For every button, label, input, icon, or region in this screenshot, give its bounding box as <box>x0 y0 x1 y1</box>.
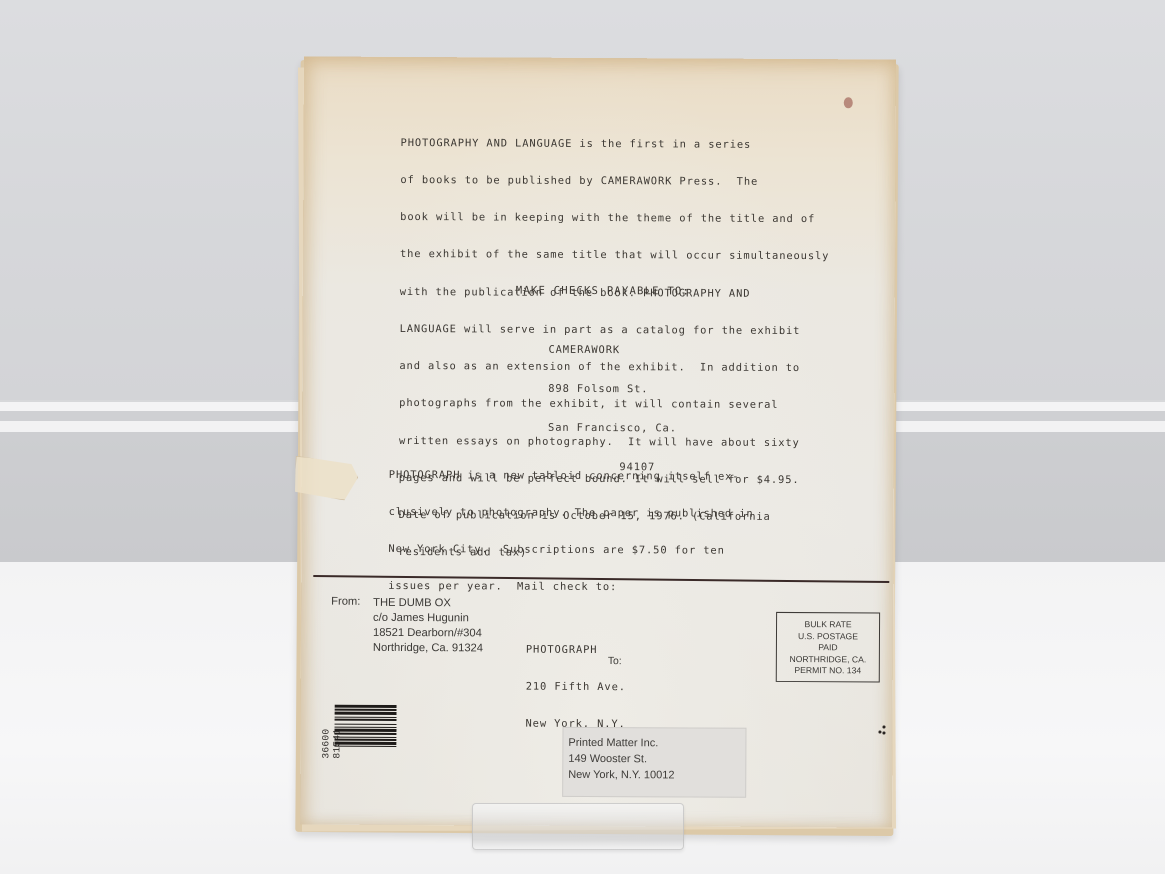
text-line: clusively to photography. The paper is p… <box>389 506 754 520</box>
text-line: PHOTOGRAPH is a new tabloid concerning i… <box>389 469 754 483</box>
text-line: New York City. Subscriptions are $7.50 f… <box>388 543 753 557</box>
postage-indicia: BULK RATE U.S. POSTAGE PAID NORTHRIDGE, … <box>776 612 880 683</box>
barcode-icon <box>334 705 396 757</box>
indicia-line: PAID <box>777 642 879 654</box>
dot-marks <box>878 725 886 735</box>
make-checks-heading: MAKE CHECKS PAYABLE TO: <box>516 285 690 298</box>
address-line: PHOTOGRAPH <box>526 643 753 657</box>
text-line: of books to be published by CAMERAWORK P… <box>400 174 829 189</box>
to-label: To: <box>608 656 622 667</box>
indicia-line: PERMIT NO. 134 <box>777 665 879 677</box>
indicia-line: BULK RATE <box>777 619 879 631</box>
address-line: Printed Matter Inc. <box>568 735 745 752</box>
address-line: New York, N.Y. 10012 <box>568 767 745 784</box>
indicia-line: NORTHRIDGE, CA. <box>777 653 879 665</box>
recipient-address-label: Printed Matter Inc. 149 Wooster St. New … <box>562 727 746 798</box>
return-address: THE DUMB OX c/o James Hugunin 18521 Dear… <box>373 596 483 657</box>
address-line: 898 Folsom St. <box>548 383 677 397</box>
acrylic-display-stand <box>472 803 684 850</box>
tape-piece <box>292 456 359 502</box>
text-line: PHOTOGRAPHY AND LANGUAGE is the first in… <box>401 137 830 152</box>
address-line: 18521 Dearborn/#304 <box>373 626 483 642</box>
text-line: book will be in keeping with the theme o… <box>400 211 829 226</box>
address-line: c/o James Hugunin <box>373 611 483 627</box>
address-line: Northridge, Ca. 91324 <box>373 641 483 657</box>
address-line: THE DUMB OX <box>373 596 483 612</box>
address-line: San Francisco, Ca. <box>548 422 677 436</box>
indicia-line: U.S. POSTAGE <box>777 630 879 642</box>
address-line: 149 Wooster St. <box>568 751 745 768</box>
text-line: issues per year. Mail check to: <box>388 580 753 594</box>
address-line: CAMERAWORK <box>548 344 677 358</box>
barcode-number: 36600 81541 <box>320 707 334 759</box>
document-page: PHOTOGRAPHY AND LANGUAGE is the first in… <box>300 56 896 827</box>
text-line: the exhibit of the same title that will … <box>400 248 829 263</box>
stain-mark <box>844 97 853 108</box>
address-line: 210 Fifth Ave. <box>526 680 753 694</box>
from-label: From: <box>331 596 360 608</box>
